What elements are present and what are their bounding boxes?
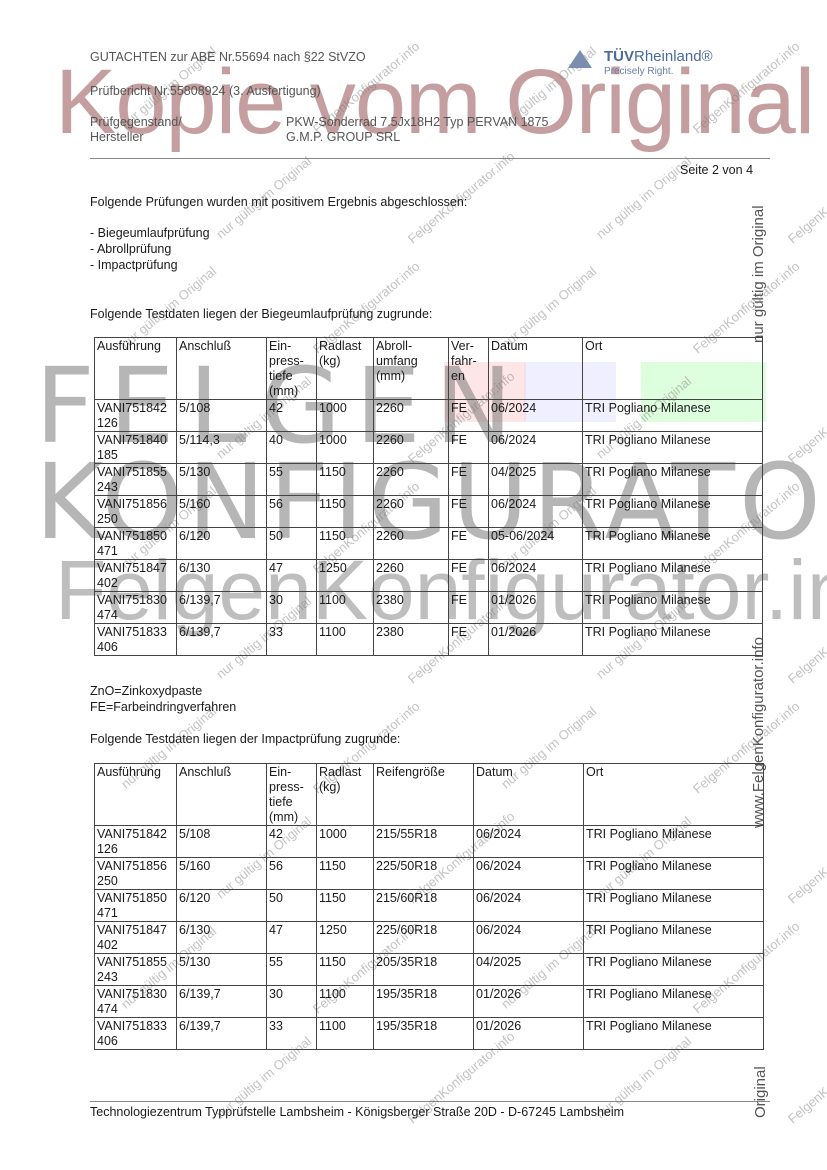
table-cell: VANI751842126: [95, 400, 177, 432]
column-header: Datum: [474, 764, 584, 826]
table-cell: VANI751850471: [95, 528, 177, 560]
column-header: Radlast(kg): [317, 338, 374, 400]
table-cell: TRI Pogliano Milanese: [583, 592, 763, 624]
table-cell: 1150: [317, 496, 374, 528]
table-cell: 5/160: [177, 496, 267, 528]
table-cell: 6/139,7: [177, 624, 267, 656]
test-item: - Biegeumlaufprüfung: [90, 226, 210, 240]
header-divider: [90, 158, 770, 159]
page-label: Seite: [680, 163, 709, 177]
table-cell: 01/2026: [489, 592, 583, 624]
table-cell: TRI Pogliano Milanese: [583, 464, 763, 496]
table-cell: FE: [449, 400, 489, 432]
watermark-small: FelgenKonfigurator.info: [785, 809, 827, 907]
table-cell: 56: [267, 496, 317, 528]
logo-brand-bold: TÜV: [604, 48, 634, 65]
table-cell: 50: [267, 890, 317, 922]
table-cell: 1150: [317, 890, 374, 922]
table-cell: 6/120: [177, 890, 267, 922]
manufacturer-label: Hersteller: [90, 130, 144, 144]
table-cell: 05-06/2024: [489, 528, 583, 560]
table-cell: TRI Pogliano Milanese: [583, 624, 763, 656]
footer-address: Technologiezentrum Typprüfstelle Lambshe…: [90, 1105, 624, 1119]
table-row: VANI7518552435/130551150205/35R1804/2025…: [95, 954, 764, 986]
table-cell: 06/2024: [474, 858, 584, 890]
legend-zno: ZnO=Zinkoxydpaste: [90, 684, 202, 698]
table-cell: 40: [267, 432, 317, 464]
table-cell: 01/2026: [489, 624, 583, 656]
watermark-small: FelgenKonfigurator.info: [785, 1029, 827, 1127]
report-number: Prüfbericht Nr.55808924 (3. Ausfertigung…: [90, 84, 321, 98]
table-cell: 01/2026: [474, 1018, 584, 1050]
table-row: VANI7518401855/114,34010002260FE06/2024T…: [95, 432, 763, 464]
table-cell: 2260: [374, 496, 449, 528]
table-cell: 6/130: [177, 560, 267, 592]
impact-heading: Folgende Testdaten liegen der Impactprüf…: [90, 732, 400, 746]
table-cell: 2260: [374, 560, 449, 592]
table-row: VANI7518504716/120501150215/60R1806/2024…: [95, 890, 764, 922]
test-item: - Abrollprüfung: [90, 242, 171, 256]
column-header: Ein-press-tiefe(mm): [267, 338, 317, 400]
table-cell: 1250: [317, 922, 374, 954]
tuv-rheinland-logo: TÜVRheinland® Precisely Right.: [570, 48, 713, 77]
table-row: VANI7518562505/1605611502260FE06/2024TRI…: [95, 496, 763, 528]
column-header: Datum: [489, 338, 583, 400]
report-title: GUTACHTEN zur ABE Nr.55694 nach §22 StVZ…: [90, 50, 366, 64]
table-cell: 1150: [317, 464, 374, 496]
table-cell: 6/139,7: [177, 1018, 267, 1050]
table-cell: TRI Pogliano Milanese: [583, 560, 763, 592]
table-cell: 06/2024: [489, 496, 583, 528]
table-row: VANI7518421265/1084210002260FE06/2024TRI…: [95, 400, 763, 432]
table-cell: 5/130: [177, 464, 267, 496]
table-cell: 30: [267, 986, 317, 1018]
table-header-row: AusführungAnschlußEin-press-tiefe(mm)Rad…: [95, 338, 763, 400]
table-cell: 2260: [374, 400, 449, 432]
table-cell: 1250: [317, 560, 374, 592]
table-cell: 5/160: [177, 858, 267, 890]
watermark-small: FelgenKonfigurator.info: [785, 589, 827, 687]
table-cell: 55: [267, 954, 317, 986]
table-row: VANI7518474026/130471250225/60R1806/2024…: [95, 922, 764, 954]
table-cell: VANI751833406: [95, 1018, 177, 1050]
table-cell: VANI751842126: [95, 826, 177, 858]
table-cell: TRI Pogliano Milanese: [584, 922, 764, 954]
completed-heading: Folgende Prüfungen wurden mit positivem …: [90, 195, 467, 209]
page-total: 4: [746, 163, 753, 177]
column-header: Reifengröße: [374, 764, 474, 826]
table-cell: 5/130: [177, 954, 267, 986]
bending-heading: Folgende Testdaten liegen der Biegeumlau…: [90, 307, 432, 321]
table-cell: 6/139,7: [177, 592, 267, 624]
table-cell: TRI Pogliano Milanese: [584, 954, 764, 986]
table-cell: 225/50R18: [374, 858, 474, 890]
table-cell: VANI751847402: [95, 922, 177, 954]
table-cell: VANI751847402: [95, 560, 177, 592]
table-cell: 225/60R18: [374, 922, 474, 954]
table-cell: 50: [267, 528, 317, 560]
table-cell: FE: [449, 624, 489, 656]
table-cell: FE: [449, 528, 489, 560]
table-cell: 04/2025: [489, 464, 583, 496]
table-cell: VANI751833406: [95, 624, 177, 656]
bending-test-table: AusführungAnschlußEin-press-tiefe(mm)Rad…: [94, 337, 763, 656]
watermark-vertical-bottom: Original: [752, 1066, 769, 1118]
table-cell: FE: [449, 560, 489, 592]
column-header: Ausführung: [95, 338, 177, 400]
table-cell: 215/60R18: [374, 890, 474, 922]
table-cell: TRI Pogliano Milanese: [583, 528, 763, 560]
table-cell: VANI751850471: [95, 890, 177, 922]
table-cell: VANI751830474: [95, 986, 177, 1018]
logo-brand: Rheinland®: [634, 48, 713, 65]
table-cell: 1000: [317, 826, 374, 858]
table-cell: 06/2024: [474, 922, 584, 954]
table-cell: TRI Pogliano Milanese: [583, 496, 763, 528]
table-cell: 205/35R18: [374, 954, 474, 986]
subject-value: PKW-Sonderrad 7.5Jx18H2 Typ PERVAN 1875: [286, 115, 548, 129]
table-cell: 1100: [317, 986, 374, 1018]
table-cell: TRI Pogliano Milanese: [584, 826, 764, 858]
table-cell: 42: [267, 400, 317, 432]
table-cell: 195/35R18: [374, 986, 474, 1018]
page-current: 2: [712, 163, 719, 177]
table-cell: 6/120: [177, 528, 267, 560]
test-item: - Impactprüfung: [90, 258, 178, 272]
table-cell: 55: [267, 464, 317, 496]
table-cell: 2260: [374, 528, 449, 560]
table-row: VANI7518334066/139,7331100195/35R1801/20…: [95, 1018, 764, 1050]
manufacturer-value: G.M.P. GROUP SRL: [286, 130, 400, 144]
table-cell: 47: [267, 560, 317, 592]
table-cell: 2260: [374, 464, 449, 496]
table-row: VANI7518552435/1305511502260FE04/2025TRI…: [95, 464, 763, 496]
watermark-small: FelgenKonfigurator.info: [785, 369, 827, 467]
table-cell: 06/2024: [489, 560, 583, 592]
table-row: VANI7518562505/160561150225/50R1806/2024…: [95, 858, 764, 890]
table-cell: VANI751856250: [95, 496, 177, 528]
column-header: Anschluß: [177, 338, 267, 400]
table-cell: 1100: [317, 592, 374, 624]
table-row: VANI7518421265/108421000215/55R1806/2024…: [95, 826, 764, 858]
table-row: VANI7518334066/139,73311002380FE01/2026T…: [95, 624, 763, 656]
table-cell: FE: [449, 592, 489, 624]
table-cell: 1150: [317, 954, 374, 986]
table-cell: 06/2024: [489, 432, 583, 464]
table-cell: 2380: [374, 624, 449, 656]
subject-label: Prüfgegenstand/: [90, 115, 182, 129]
table-cell: 01/2026: [474, 986, 584, 1018]
column-header: Anschluß: [177, 764, 267, 826]
column-header: Ein-press-tiefe(mm): [267, 764, 317, 826]
table-cell: 33: [267, 624, 317, 656]
table-cell: 33: [267, 1018, 317, 1050]
footer-divider: [90, 1101, 770, 1102]
table-row: VANI7518474026/1304712502260FE06/2024TRI…: [95, 560, 763, 592]
page-of: von: [722, 163, 742, 177]
table-cell: 1150: [317, 528, 374, 560]
table-cell: 6/130: [177, 922, 267, 954]
table-cell: 06/2024: [489, 400, 583, 432]
table-cell: FE: [449, 464, 489, 496]
table-row: VANI7518504716/1205011502260FE05-06/2024…: [95, 528, 763, 560]
table-row: VANI7518304746/139,73011002380FE01/2026T…: [95, 592, 763, 624]
table-cell: 1000: [317, 432, 374, 464]
table-cell: VANI751855243: [95, 954, 177, 986]
table-cell: 1100: [317, 624, 374, 656]
table-cell: 04/2025: [474, 954, 584, 986]
table-cell: 06/2024: [474, 826, 584, 858]
page-indicator: Seite 2 von 4: [680, 163, 753, 177]
table-cell: 5/114,3: [177, 432, 267, 464]
tuv-triangle-icon: [568, 50, 592, 68]
watermark-small: FelgenKonfigurator.info: [785, 149, 827, 247]
table-cell: 1100: [317, 1018, 374, 1050]
table-cell: FE: [449, 496, 489, 528]
table-cell: VANI751855243: [95, 464, 177, 496]
column-header: Ort: [583, 338, 763, 400]
table-cell: 42: [267, 826, 317, 858]
table-cell: 1150: [317, 858, 374, 890]
table-cell: 5/108: [177, 826, 267, 858]
table-cell: 215/55R18: [374, 826, 474, 858]
table-cell: TRI Pogliano Milanese: [584, 1018, 764, 1050]
column-header: Abroll-umfang(mm): [374, 338, 449, 400]
table-cell: 6/139,7: [177, 986, 267, 1018]
column-header: Radlast(kg): [317, 764, 374, 826]
column-header: Ort: [584, 764, 764, 826]
table-cell: 06/2024: [474, 890, 584, 922]
table-cell: 2380: [374, 592, 449, 624]
table-cell: TRI Pogliano Milanese: [583, 432, 763, 464]
legend-fe: FE=Farbeindringverfahren: [90, 700, 236, 714]
table-cell: 1000: [317, 400, 374, 432]
table-cell: 5/108: [177, 400, 267, 432]
table-cell: 47: [267, 922, 317, 954]
table-cell: VANI751830474: [95, 592, 177, 624]
table-cell: 195/35R18: [374, 1018, 474, 1050]
table-cell: 30: [267, 592, 317, 624]
table-cell: TRI Pogliano Milanese: [583, 400, 763, 432]
table-cell: TRI Pogliano Milanese: [584, 858, 764, 890]
table-cell: VANI751856250: [95, 858, 177, 890]
table-header-row: AusführungAnschlußEin-press-tiefe(mm)Rad…: [95, 764, 764, 826]
watermark-vertical-top: nur gültig im Original: [750, 205, 767, 343]
table-cell: VANI751840185: [95, 432, 177, 464]
table-cell: TRI Pogliano Milanese: [584, 986, 764, 1018]
impact-test-table: AusführungAnschlußEin-press-tiefe(mm)Rad…: [94, 763, 764, 1050]
table-cell: FE: [449, 432, 489, 464]
column-header: Ausführung: [95, 764, 177, 826]
logo-tagline: Precisely Right.: [604, 66, 713, 77]
table-cell: TRI Pogliano Milanese: [584, 890, 764, 922]
table-cell: 2260: [374, 432, 449, 464]
table-row: VANI7518304746/139,7301100195/35R1801/20…: [95, 986, 764, 1018]
table-cell: 56: [267, 858, 317, 890]
column-header: Ver-fahr-en: [449, 338, 489, 400]
